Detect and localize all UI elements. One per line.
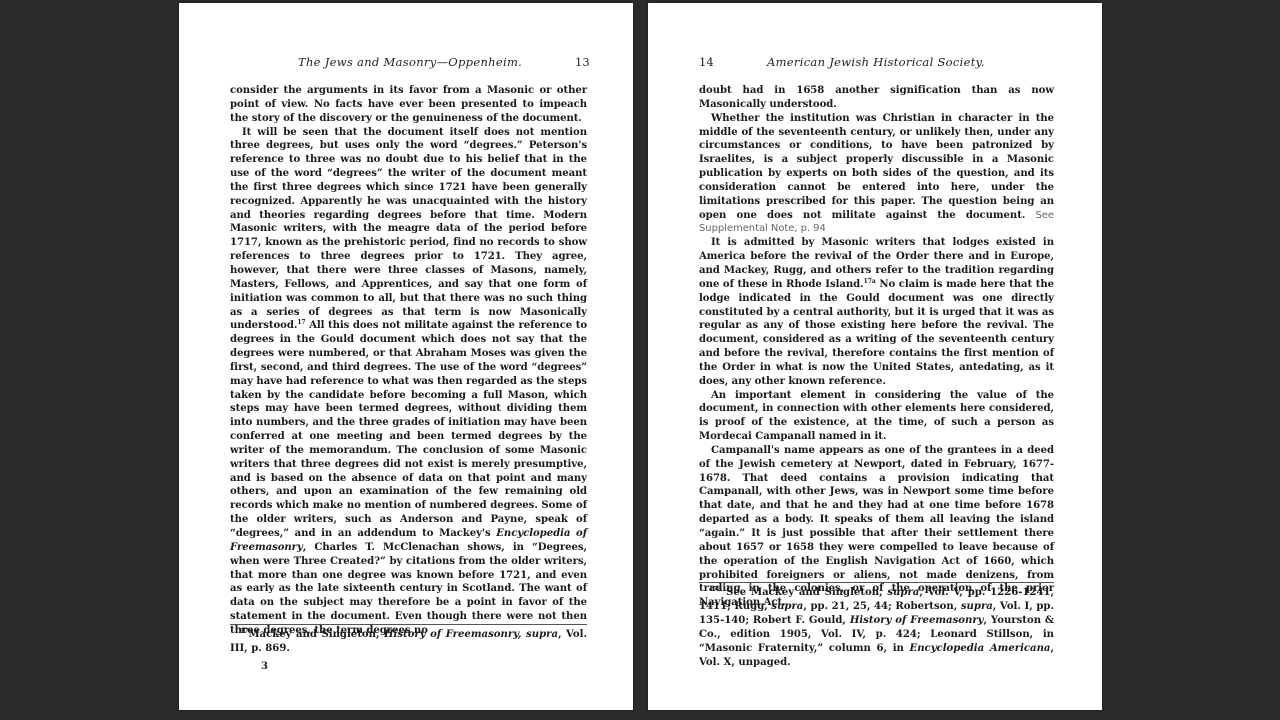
footnote-text: See Mackey and Singleton,	[726, 587, 883, 598]
footnote-italic: supra	[961, 601, 993, 612]
page-header: The Jews and Masonry—Oppenheim. 13	[179, 55, 633, 71]
page-number: 14	[699, 55, 714, 69]
paragraph-text: , Charles T. McClenachan shows, in “Degr…	[230, 542, 587, 636]
footnote: 17Mackey and Singleton, History of Freem…	[230, 628, 587, 656]
paragraph-text: It will be seen that the document itself…	[230, 127, 587, 332]
paragraph: It is admitted by Masonic writers that l…	[699, 236, 1054, 388]
paragraph-text: No claim is made here that the lodge ind…	[699, 279, 1054, 387]
paragraph: An important element in considering the …	[699, 389, 1054, 444]
paragraph: Whether the institution was Christian in…	[699, 112, 1054, 237]
footnote-title: Encyclopedia Americana	[910, 643, 1051, 654]
signature-mark: 3	[261, 661, 268, 672]
paragraph-text: Whether the institution was Christian in…	[699, 113, 1054, 221]
footnote: 17a See Mackey and Singleton, supra, Vol…	[699, 586, 1054, 669]
page-body: consider the arguments in its favor from…	[230, 84, 587, 638]
footnote-title: History of Freemasonry	[850, 615, 984, 626]
paragraph: doubt had in 1658 another signification …	[699, 84, 1054, 112]
paragraph-text: All this does not militate against the r…	[230, 320, 587, 539]
footnote-title: History of Freemasonry, supra	[384, 629, 558, 640]
page-body: doubt had in 1658 another signification …	[699, 84, 1054, 610]
running-title: American Jewish Historical Society.	[767, 55, 985, 69]
footnote-italic: supra	[771, 601, 803, 612]
footnote-ref[interactable]: 17a	[864, 278, 876, 285]
page-number: 13	[575, 55, 590, 69]
footnote-divider	[230, 624, 587, 625]
footnote-italic: supra	[887, 587, 919, 598]
page-14: 14 American Jewish Historical Society. d…	[648, 3, 1102, 710]
paragraph: It will be seen that the document itself…	[230, 126, 587, 638]
paragraph: consider the arguments in its favor from…	[230, 84, 587, 126]
running-title: The Jews and Masonry—Oppenheim.	[298, 55, 522, 69]
footnote-text: , pp. 21, 25, 44; Robertson,	[803, 601, 957, 612]
footnote-marker: 17a	[709, 586, 721, 593]
footnote-ref[interactable]: 17	[297, 319, 305, 326]
footnote-text: Mackey and Singleton,	[248, 629, 379, 640]
page-header: 14 American Jewish Historical Society.	[648, 55, 1102, 71]
page-13: The Jews and Masonry—Oppenheim. 13 consi…	[179, 3, 633, 710]
footnote-divider	[699, 582, 1054, 583]
